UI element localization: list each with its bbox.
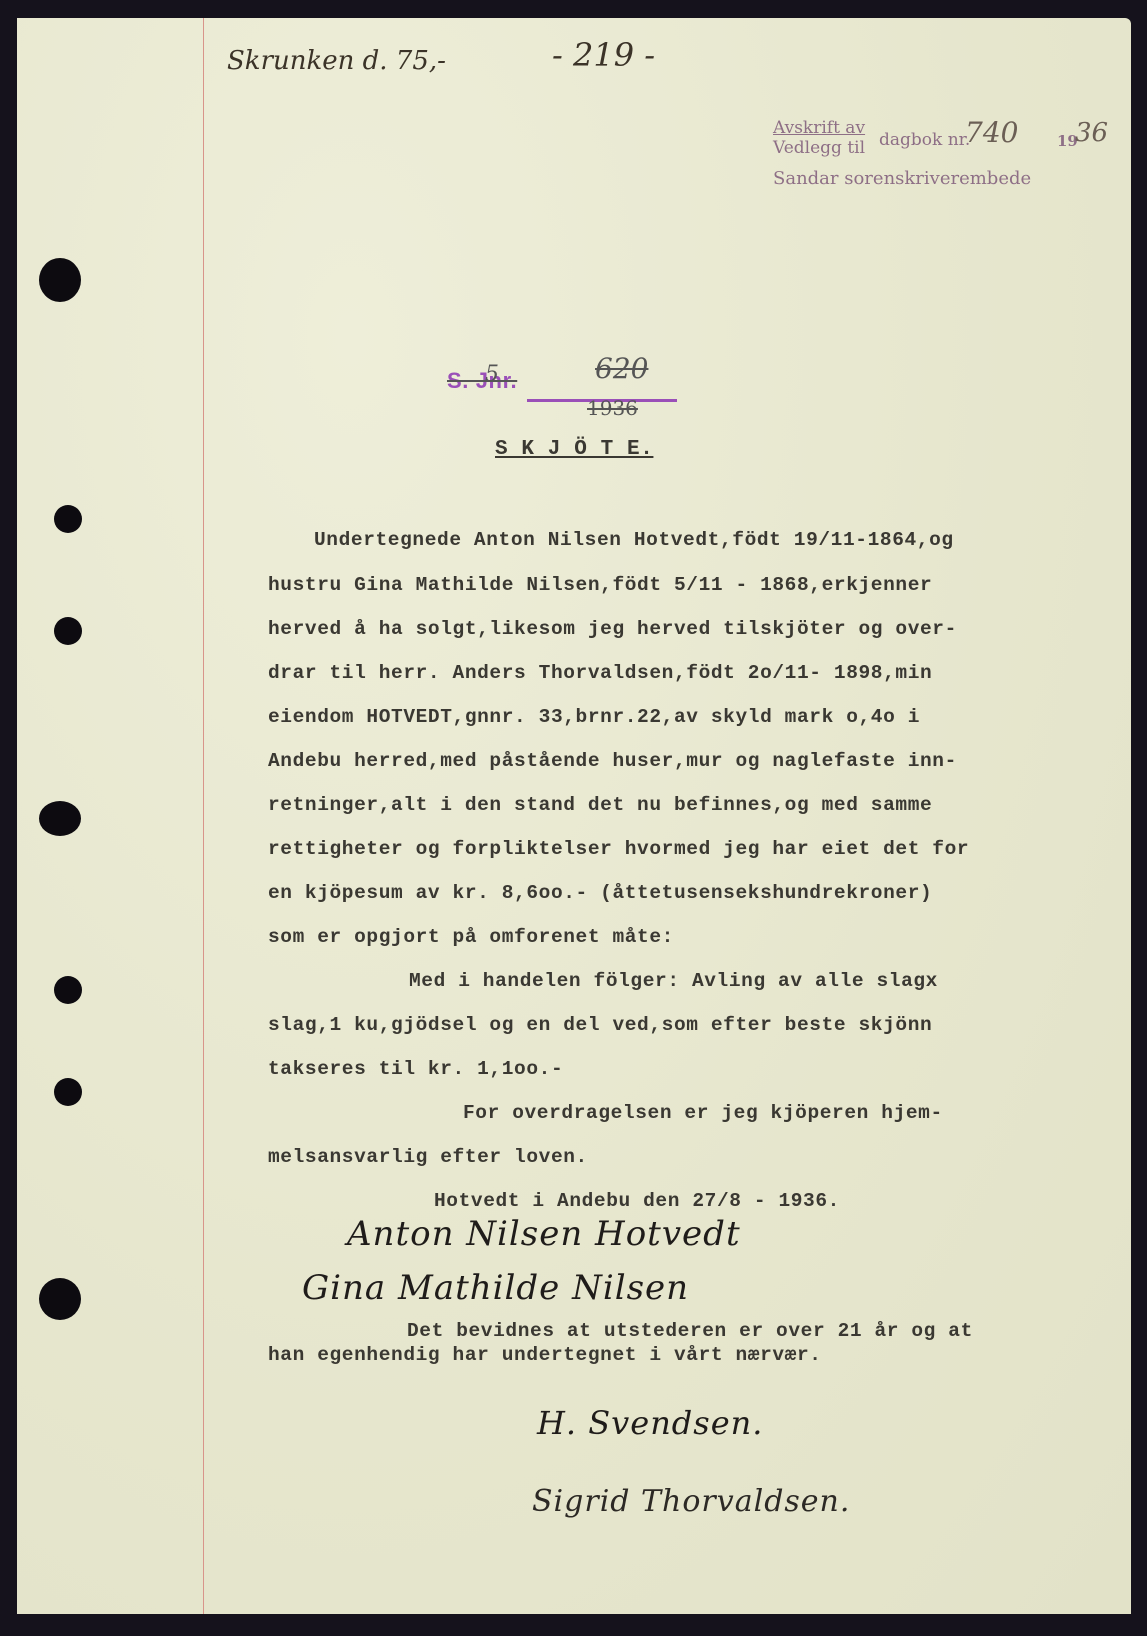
body-line: en kjöpesum av kr. 8,6oo.- (åttetusensek…	[268, 882, 932, 904]
punch-hole	[39, 1278, 81, 1320]
body-line: melsansvarlig efter loven.	[268, 1146, 588, 1168]
page-number: - 219 -	[552, 36, 655, 74]
body-line: Andebu herred,med påstående huser,mur og…	[268, 750, 957, 772]
place-date: Hotvedt i Andebu den 27/8 - 1936.	[434, 1190, 840, 1212]
stamp-avskrift: Avskrift av	[773, 118, 865, 138]
registration-number: 620	[595, 352, 648, 385]
registration-mark: 5	[485, 362, 499, 387]
body-line: retninger,alt i den stand det nu befinne…	[268, 794, 932, 816]
body-line: slag,1 ku,gjödsel og en del ved,som efte…	[268, 1014, 932, 1036]
stamp-dagbok-label: dagbok nr.	[879, 130, 970, 150]
document-title: S K J Ö T E.	[495, 438, 653, 461]
punch-hole	[39, 258, 81, 302]
body-line: drar til herr. Anders Thorvaldsen,födt 2…	[268, 662, 932, 684]
signature-witness-1: H. Svendsen.	[537, 1404, 763, 1442]
body-line: Med i handelen fölger: Avling av alle sl…	[409, 970, 938, 992]
stamp-year-suffix: 36	[1075, 118, 1108, 148]
signature-witness-2: Sigrid Thorvaldsen.	[532, 1484, 850, 1519]
punch-hole	[54, 976, 82, 1004]
body-line: eiendom HOTVEDT,gnnr. 33,brnr.22,av skyl…	[268, 706, 920, 728]
punch-hole	[54, 617, 82, 645]
body-line: hustru Gina Mathilde Nilsen,födt 5/11 - …	[268, 574, 932, 596]
stamp-office: Sandar sorenskriverembede	[773, 168, 1031, 189]
witness-statement: Det bevidnes at utstederen er over 21 år…	[407, 1320, 973, 1342]
margin-line	[203, 18, 204, 1614]
body-line: For overdragelsen er jeg kjöperen hjem-	[463, 1102, 943, 1124]
signature-seller: Anton Nilsen Hotvedt	[347, 1214, 741, 1254]
body-line: som er opgjort på omforenet måte:	[268, 926, 674, 948]
document-page: Skrunken d. 75,- - 219 - Avskrift av Ved…	[17, 18, 1131, 1614]
witness-statement: han egenhendig har undertegnet i vårt næ…	[268, 1344, 822, 1366]
body-line: rettigheter og forpliktelser hvormed jeg…	[268, 838, 969, 860]
body-line: Undertegnede Anton Nilsen Hotvedt,födt 1…	[314, 529, 954, 551]
margin-note: Skrunken d. 75,-	[227, 46, 446, 76]
punch-hole	[54, 505, 82, 533]
body-line: takseres til kr. 1,1oo.-	[268, 1058, 563, 1080]
registration-year: 1936	[587, 396, 638, 420]
signature-spouse: Gina Mathilde Nilsen	[302, 1268, 689, 1308]
punch-hole	[39, 801, 81, 836]
body-line: herved å ha solgt,likesom jeg herved til…	[268, 618, 957, 640]
dagbok-number: 740	[965, 116, 1018, 149]
stamp-vedlegg: Vedlegg til	[773, 138, 865, 158]
punch-hole	[54, 1078, 82, 1106]
registration-stamp-text: S. Jnr.	[447, 368, 517, 394]
